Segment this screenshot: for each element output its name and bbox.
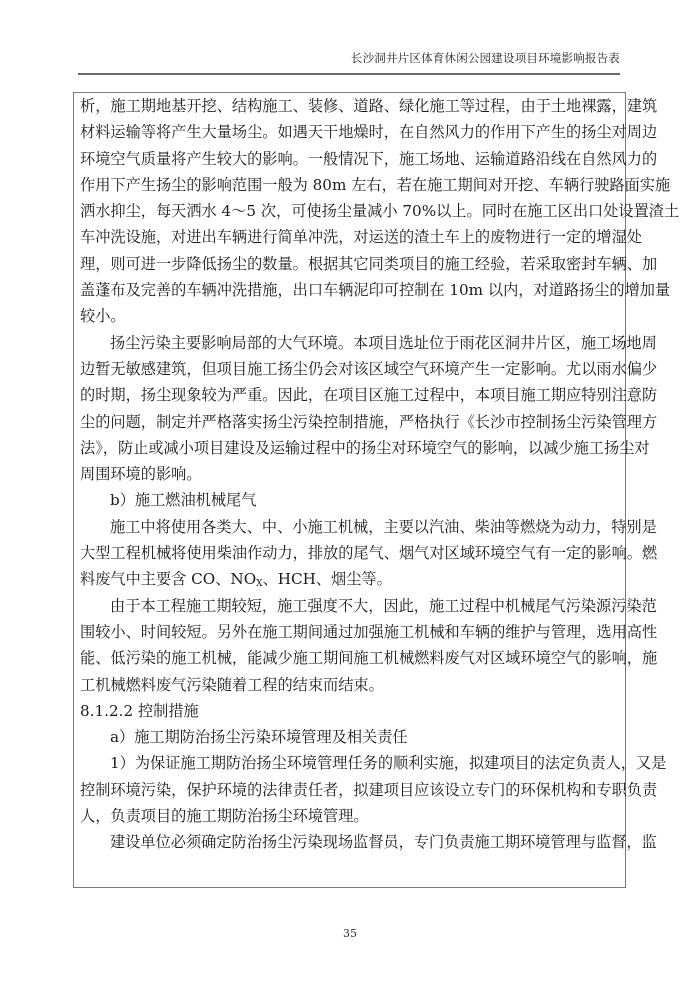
text-line-content: 能、低污染的施工机械，能减少施工期间施工机械燃料废气对区域环境空气的影响，施 [80,649,657,667]
text-line-continuation: 、HCH、烟尘等。 [263,570,392,588]
text-line: 环境空气质量将产生较大的影响。一般情况下，施工场地、运输道路沿线在自然风力的 [80,146,618,172]
text-line: 料废气中主要含 CO、NOX、HCH、烟尘等。 [80,566,618,592]
text-line-content: 理，则可进一步降低扬尘的数量。根据其它同类项目的施工经验，若采取密封车辆、加 [80,255,657,273]
text-line: 建设单位必须确定防治扬尘污染现场监督员，专门负责施工期环境管理与监督，监 [80,829,618,855]
text-line: 控制环境污染，保护环境的法律责任者，拟建项目应该设立专门的环保机构和专职负责 [80,777,618,803]
text-line: 扬尘污染主要影响局部的大气环境。本项目选址位于雨花区洞井片区，施工场地周 [80,330,618,356]
text-line-content: b）施工燃油机械尾气 [110,491,256,509]
text-line: 8.1.2.2 控制措施 [80,698,618,724]
text-line: 施工中将使用各类大、中、小施工机械，主要以汽油、柴油等燃烧为动力，特别是 [80,514,618,540]
text-line-content: 材料运输等将产生大量场尘。如遇天干地燥时，在自然风力的作用下产生的扬尘对周边 [80,123,657,141]
text-line-content: 盖蓬布及完善的车辆冲洗措施，出口车辆泥印可控制在 10m 以内，对道路扬尘的增加… [80,281,670,299]
text-line: 由于本工程施工期较短，施工强度不大，因此，施工过程中机械尾气污染源污染范 [80,593,618,619]
text-line-content: 由于本工程施工期较短，施工强度不大，因此，施工过程中机械尾气污染源污染范 [110,597,657,615]
body-text: 析，施工期地基开挖、结构施工、装修、道路、绿化施工等过程，由于土地裸露，建筑材料… [80,93,618,856]
text-line-content: 车冲洗设施，对进出车辆进行简单冲洗，对运送的渣土车上的废物进行一定的增湿处 [80,228,642,246]
text-line: 材料运输等将产生大量场尘。如遇天干地燥时，在自然风力的作用下产生的扬尘对周边 [80,119,618,145]
text-line-content: 围较小、时间较短。另外在施工期间通过加强施工机械和车辆的维护与管理，选用高性 [80,623,657,641]
text-line-content: 工机械燃料废气污染随着工程的结束而结束。 [80,676,384,694]
text-line: 盖蓬布及完善的车辆冲洗措施，出口车辆泥印可控制在 10m 以内，对道路扬尘的增加… [80,277,618,303]
text-line-content: 周围环境的影响。 [80,465,202,483]
text-line: 较小。 [80,303,618,329]
text-line: 1）为保证施工期防治扬尘环境管理任务的顺利实施，拟建项目的法定负责人，又是 [80,750,618,776]
text-line-content: 的时期，扬尘现象较为严重。因此，在项目区施工过程中，本项目施工期应特别注意防 [80,386,657,404]
text-line: 析，施工期地基开挖、结构施工、装修、道路、绿化施工等过程，由于土地裸露，建筑 [80,93,618,119]
text-line: 车冲洗设施，对进出车辆进行简单冲洗，对运送的渣土车上的废物进行一定的增湿处 [80,224,618,250]
text-line-content: 大型工程机械将使用柴油作动力，排放的尾气、烟气对区域环境空气有一定的影响。燃 [80,544,657,562]
text-line: 的时期，扬尘现象较为严重。因此，在项目区施工过程中，本项目施工期应特别注意防 [80,382,618,408]
text-line-content: 较小。 [80,307,126,325]
text-line: 法》，防止或减小项目建设及运输过程中的扬尘对环境空气的影响，以减少施工扬尘对 [80,435,618,461]
text-line: 边暂无敏感建筑，但项目施工扬尘仍会对该区域空气环境产生一定影响。尤以雨水偏少 [80,356,618,382]
text-line: 作用下产生扬尘的影响范围一般为 80m 左右，若在施工期间对开挖、车辆行驶路面实… [80,172,618,198]
text-line: 人，负责项目的施工期防治扬尘环境管理。 [80,803,618,829]
content-box: 析，施工期地基开挖、结构施工、装修、道路、绿化施工等过程，由于土地裸露，建筑材料… [73,92,626,888]
text-line-content: 作用下产生扬尘的影响范围一般为 80m 左右，若在施工期间对开挖、车辆行驶路面实… [80,176,670,194]
text-line-content: 8.1.2.2 控制措施 [80,702,199,720]
text-line-content: 法》，防止或减小项目建设及运输过程中的扬尘对环境空气的影响，以减少施工扬尘对 [80,439,650,457]
text-line: 围较小、时间较短。另外在施工期间通过加强施工机械和车辆的维护与管理，选用高性 [80,619,618,645]
text-line: a）施工期防治扬尘污染环境管理及相关责任 [80,724,618,750]
text-line-content: 施工中将使用各类大、中、小施工机械，主要以汽油、柴油等燃烧为动力，特别是 [110,518,657,536]
text-line-content: a）施工期防治扬尘污染环境管理及相关责任 [110,728,408,746]
text-line-content: 建设单位必须确定防治扬尘污染现场监督员，专门负责施工期环境管理与监督，监 [110,833,657,851]
text-line-content: 人，负责项目的施工期防治扬尘环境管理。 [80,807,369,825]
text-line-content: 1）为保证施工期防治扬尘环境管理任务的顺利实施，拟建项目的法定负责人，又是 [110,754,666,772]
text-line-content: 尘的问题，制定并严格落实扬尘污染控制措施，严格执行《长沙市控制扬尘污染管理方 [80,413,657,431]
text-line: 理，则可进一步降低扬尘的数量。根据其它同类项目的施工经验，若采取密封车辆、加 [80,251,618,277]
text-line-content: 析，施工期地基开挖、结构施工、装修、道路、绿化施工等过程，由于土地裸露，建筑 [80,97,657,115]
text-line-content: 控制环境污染，保护环境的法律责任者，拟建项目应该设立专门的环保机构和专职负责 [80,781,657,799]
text-line: 大型工程机械将使用柴油作动力，排放的尾气、烟气对区域环境空气有一定的影响。燃 [80,540,618,566]
text-line: 能、低污染的施工机械，能减少施工期间施工机械燃料废气对区域环境空气的影响，施 [80,645,618,671]
text-line-content: 环境空气质量将产生较大的影响。一般情况下，施工场地、运输道路沿线在自然风力的 [80,150,657,168]
text-line: b）施工燃油机械尾气 [80,487,618,513]
text-line: 尘的问题，制定并严格落实扬尘污染控制措施，严格执行《长沙市控制扬尘污染管理方 [80,409,618,435]
text-line-content: 扬尘污染主要影响局部的大气环境。本项目选址位于雨花区洞井片区，施工场地周 [110,334,657,352]
text-line-content: 料废气中主要含 CO、NO [80,570,256,588]
page-number: 35 [0,927,700,940]
header-rule [78,73,620,75]
text-line-content: 边暂无敏感建筑，但项目施工扬尘仍会对该区域空气环境产生一定影响。尤以雨水偏少 [80,360,657,378]
text-line-content: 洒水抑尘，每天洒水 4～5 次，可使扬尘量减小 70%以上。同时在施工区出口处设… [80,202,679,220]
running-header: 长沙洞井片区体育休闲公园建设项目环境影响报告表 [78,50,620,66]
text-line: 周围环境的影响。 [80,461,618,487]
text-line: 洒水抑尘，每天洒水 4～5 次，可使扬尘量减小 70%以上。同时在施工区出口处设… [80,198,618,224]
text-line: 工机械燃料废气污染随着工程的结束而结束。 [80,672,618,698]
